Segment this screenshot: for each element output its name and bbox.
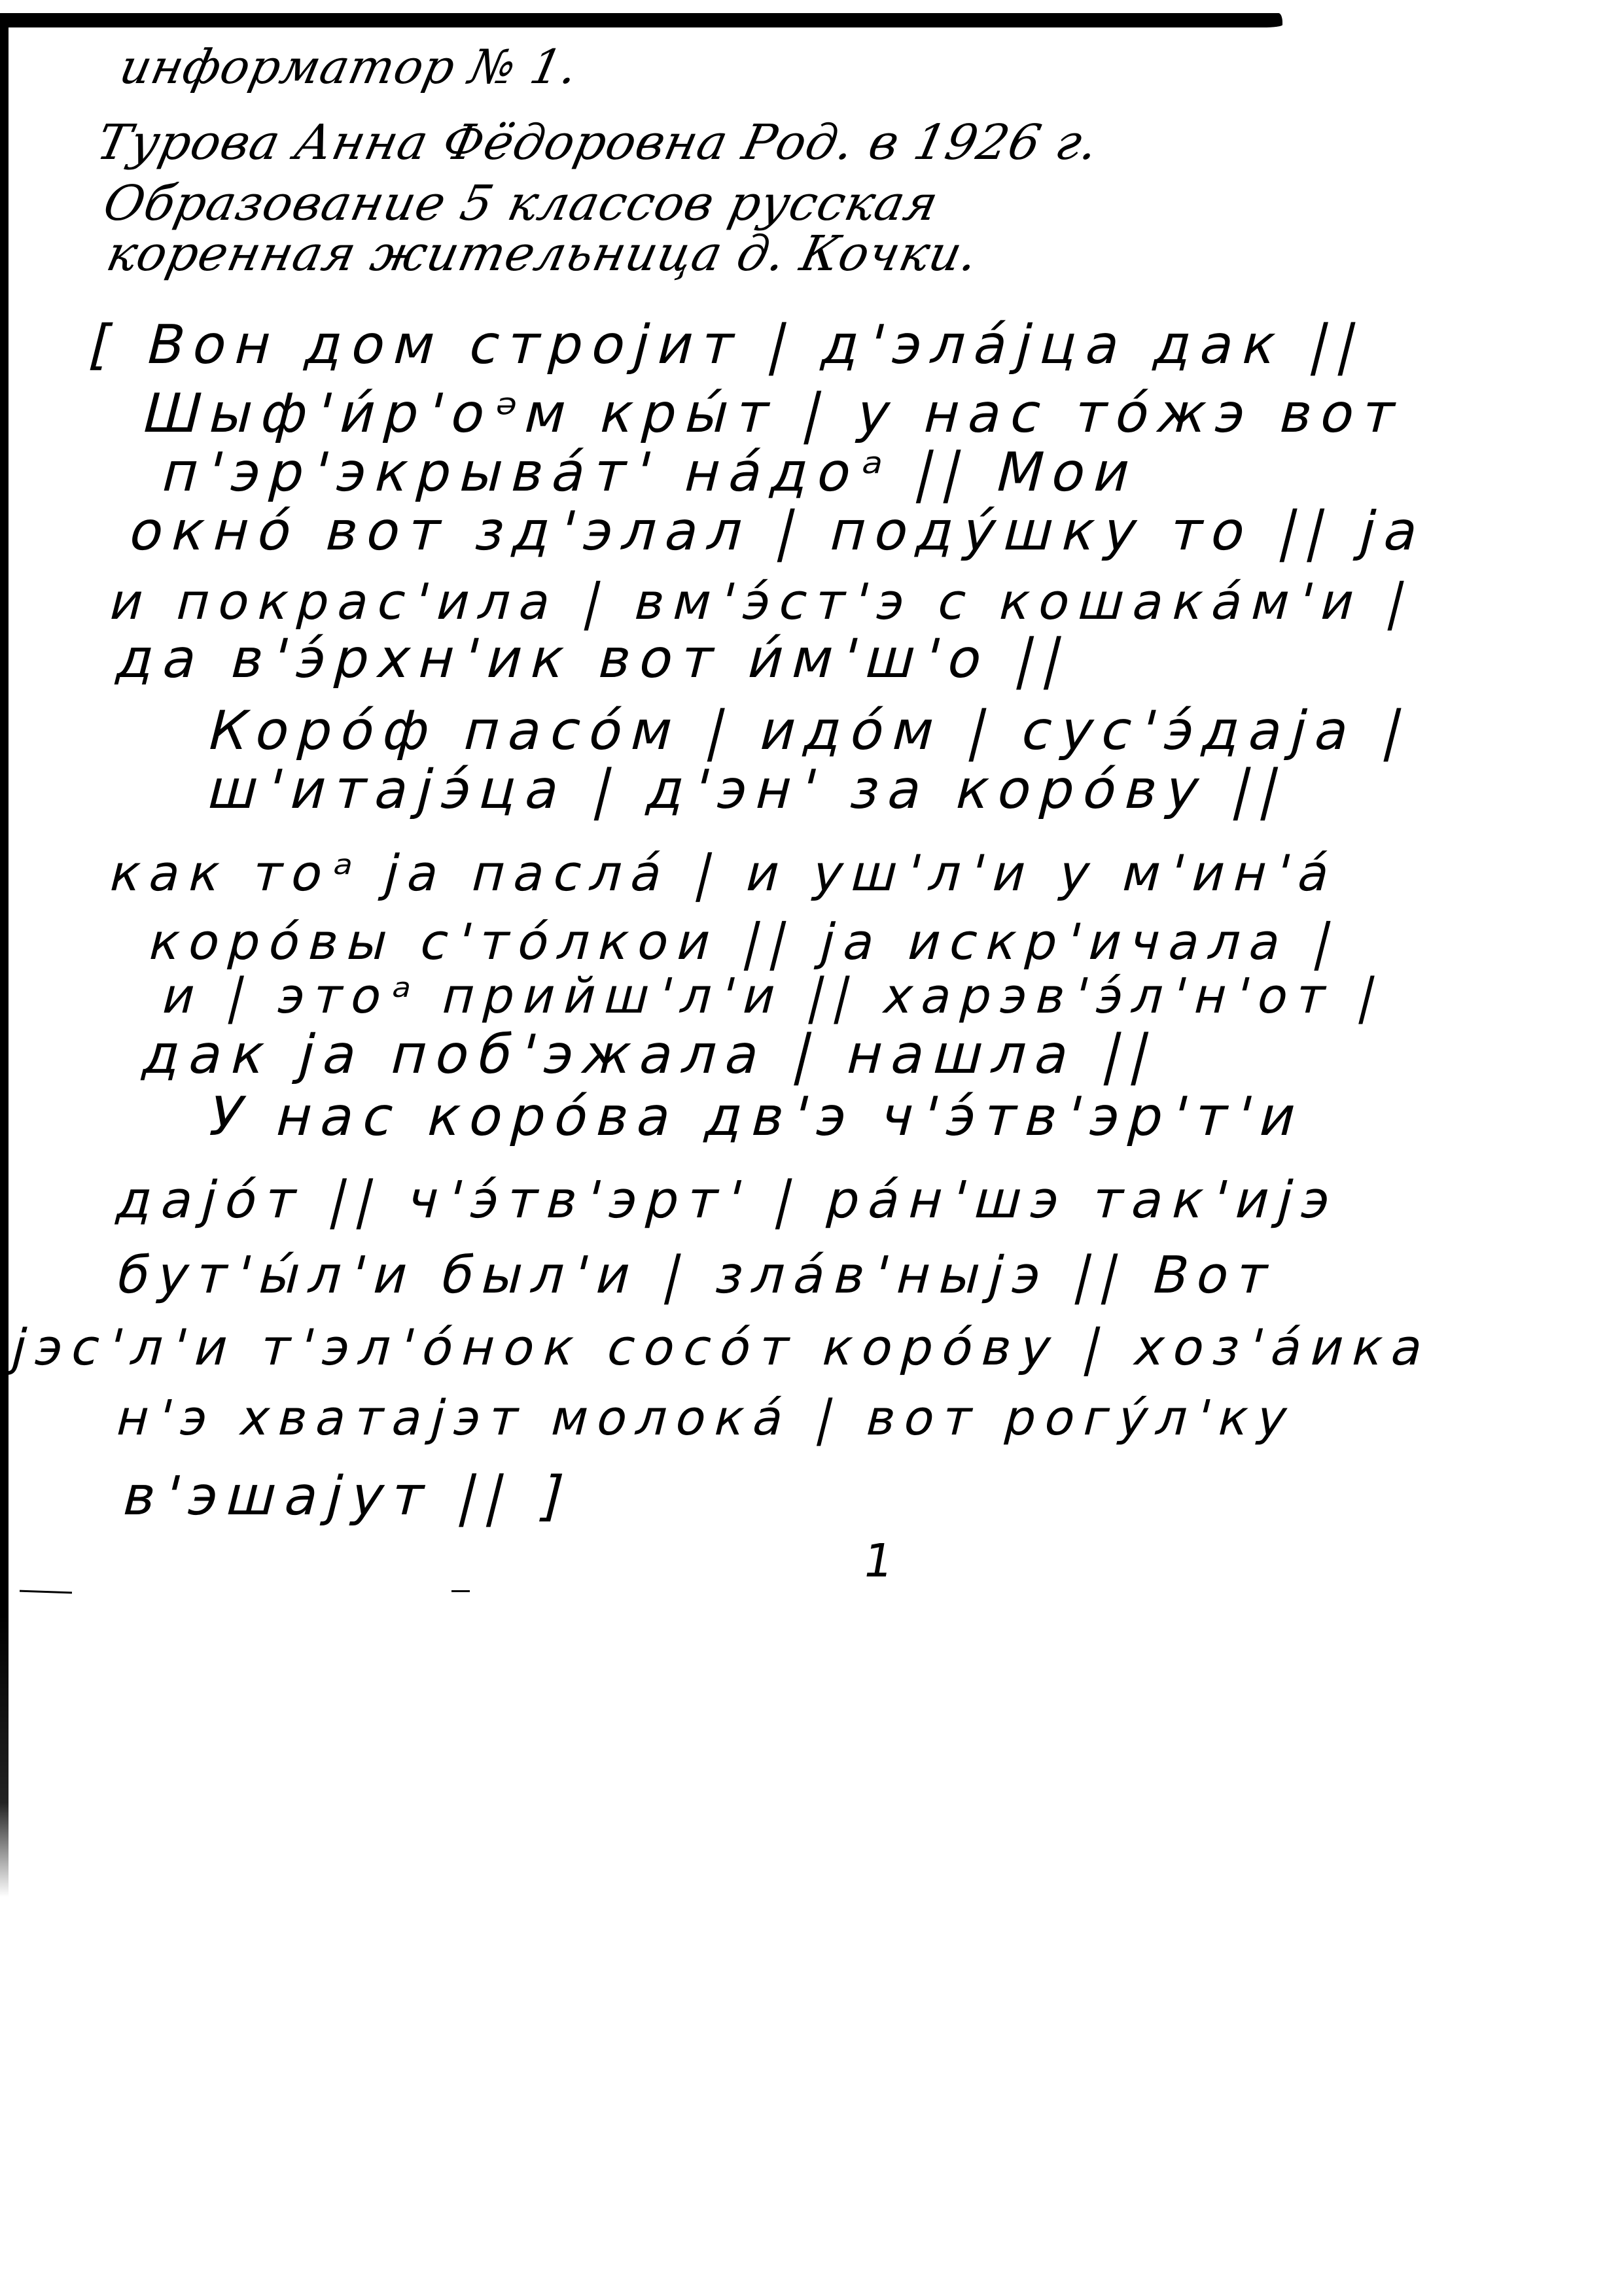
scan-mark: [451, 1590, 470, 1592]
transcript-line: как тоᵃ ja пасла́ | и уш'л'и у м'ин'а́: [104, 844, 1346, 902]
scanned-page: информатор № 1. Турова Анна Фёдоровна Ро…: [0, 0, 1607, 2296]
transcript-line: Коро́ф пасо́м | идо́м | сус'э́даja |: [202, 700, 1419, 762]
informant-label: информатор № 1.: [115, 39, 583, 94]
transcript-line: да в'э́рхн'ик вот и́м'ш'о ||: [110, 628, 1079, 690]
transcript-line: даjо́т || ч'э́тв'эрт' | ра́н'шэ так'иjэ: [111, 1171, 1347, 1230]
transcript-line: окно́ вот зд'элал | поду́шку то || ja: [123, 500, 1435, 563]
scan-mark: [20, 1590, 72, 1594]
origin-line: коренная жительница д. Кочки.: [102, 226, 983, 282]
transcript-line: н'э хватаjэт молока́ | вот рогу́л'ку: [111, 1390, 1303, 1446]
transcript-line: и | этоᵃ прийш'л'и || харэв'э́л'н'от |: [156, 968, 1392, 1024]
transcript-line: дак ja поб'эжала | нашла ||: [136, 1024, 1167, 1086]
transcript-line: jэс'л'и т'эл'о́нок сосо́т коро́ву | хоз'…: [6, 1318, 1439, 1376]
transcript-line: бут'ы́л'и был'и | зла́в'ныjэ || Вот: [111, 1246, 1284, 1305]
education-line: Образование 5 классов русская: [99, 175, 944, 232]
transcript-line: ш'итаjэ́ца | д'эн' за коро́ву ||: [202, 759, 1296, 821]
page-number: 1: [859, 1534, 898, 1588]
scan-top-border: [0, 13, 1282, 27]
transcript-line: в'эшаjут || ]: [116, 1465, 578, 1527]
transcript-line: и покрас'ила | вм'э́ст'э с кошака́м'и |: [104, 572, 1422, 631]
transcript-line: У нас коро́ва дв'э ч'э́тв'эр'т'и: [202, 1086, 1313, 1148]
transcript-line: Шыф'и́р'оᵊм кры́т | у нас то́жэ вот: [136, 383, 1412, 445]
transcript-line: коро́вы с'то́лкои || ja искр'ичала |: [143, 913, 1348, 971]
informant-name-line: Турова Анна Фёдоровна Род. в 1926 г.: [92, 114, 1104, 171]
transcript-line: [ Вон дом строjит | д'эла́jца дак ||: [84, 314, 1373, 376]
transcript-line: п'эр'экрыва́т' на́доᵃ || Мои: [156, 442, 1146, 504]
scan-left-border: [0, 13, 9, 1897]
